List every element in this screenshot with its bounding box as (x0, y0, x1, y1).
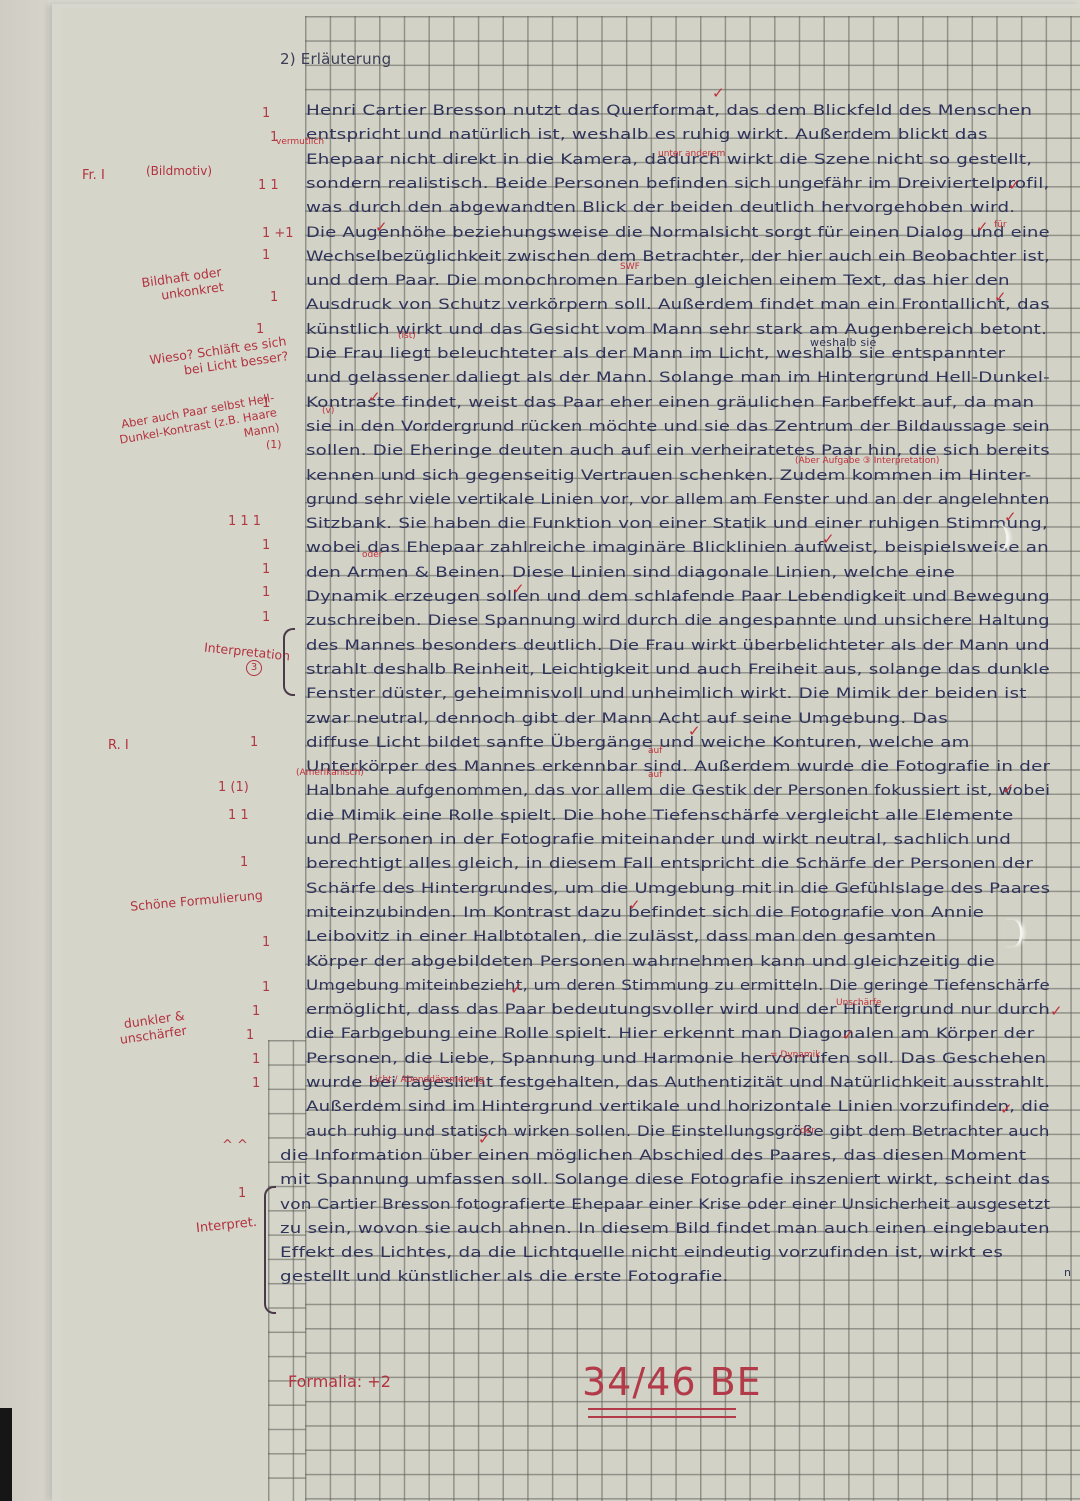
check-mark: ✓ (1004, 508, 1017, 526)
total-score: 34/46 BE (582, 1360, 762, 1404)
point-mark: 1 (250, 735, 258, 750)
essay-line: des Mannes besonders deutlich. Die Frau … (306, 635, 1050, 657)
essay-line: Sitzbank. Sie haben die Funktion von ein… (306, 513, 1048, 535)
essay-line: Schärfe des Hintergrundes, um die Umgebu… (306, 878, 1050, 900)
point-mark: 1 (240, 855, 248, 870)
essay-line: mit Spannung umfassen soll. Solange dies… (280, 1169, 1050, 1191)
essay-line: und dem Paar. Die monochromen Farben gle… (306, 270, 1010, 292)
point-mark: 1 (262, 396, 270, 411)
essay-line: die Mimik eine Rolle spielt. Die hohe Ti… (306, 805, 1013, 827)
desk-background (0, 0, 48, 1501)
essay-line: Ausdruck von Schutz verkörpern soll. Auß… (306, 294, 1050, 316)
essay-line: und Personen in der Fotografie miteinand… (306, 829, 1011, 851)
inline-note-unschaerfe: Unschärfe (836, 998, 882, 1008)
check-mark: ✓ (842, 1026, 855, 1044)
inline-note-unter-anderem: unter anderem (658, 149, 725, 159)
essay-line: grund sehr viele vertikale Linien vor, v… (306, 489, 1050, 511)
point-mark: 1 1 1 (228, 514, 261, 529)
essay-line: die Information über einen möglichen Abs… (280, 1145, 1026, 1167)
point-mark: ^ ^ (222, 1138, 248, 1153)
point-mark: 1 (262, 980, 270, 995)
essay-line: gestellt und künstlicher als die erste F… (280, 1266, 729, 1288)
essay-line: Die Frau liegt beleuchteter als der Mann… (306, 343, 1005, 365)
inline-note-swf: SWF (620, 262, 640, 272)
punch-hole-reflection (990, 525, 1009, 551)
essay-line: miteinzubinden. Im Kontrast dazu befinde… (306, 902, 984, 924)
essay-line: Kontraste findet, weist das Paar eher ei… (306, 392, 1034, 414)
essay-line: Personen, die Liebe, Spannung und Harmon… (306, 1048, 1046, 1070)
inline-note-amerikanisch: (Amerikanisch) (296, 768, 364, 778)
essay-line: Henri Cartier Bresson nutzt das Querform… (306, 100, 1032, 122)
check-mark: ✓ (976, 218, 989, 236)
inline-note-vermutlich: vermutlich (276, 137, 324, 147)
desk-shadow (0, 1408, 12, 1501)
essay-line: und gelassener daliegt als der Mann. Sol… (306, 367, 1050, 389)
point-mark: 1 1 (258, 178, 279, 193)
point-mark: 1 (270, 290, 278, 305)
inline-note-der: der (800, 1126, 815, 1136)
essay-line: Dynamik erzeugen sollen und dem schlafen… (306, 586, 1050, 608)
essay-line: künstlich wirkt und das Gesicht vom Mann… (306, 319, 1047, 341)
essay-line: Unterkörper des Mannes erkennbar sind. A… (306, 756, 1050, 778)
check-mark: ✓ (375, 218, 388, 236)
essay-line: entspricht und natürlich ist, weshalb es… (306, 124, 988, 146)
point-mark: 1 (262, 248, 270, 263)
essay-line: auch ruhig und statisch wirken sollen. D… (306, 1121, 1050, 1143)
essay-line: Halbnahe aufgenommen, das vor allem die … (306, 780, 1050, 802)
point-mark: 1 (252, 1052, 260, 1067)
check-mark: ✓ (822, 530, 835, 548)
point-mark: 1 (1) (218, 780, 249, 795)
margin-comment-bildmotiv: (Bildmotiv) (146, 164, 212, 179)
margin-comment-r1: R. I (108, 738, 129, 753)
essay-line: kennen und sich gegenseitig Vertrauen sc… (306, 465, 1031, 487)
essay-line: die Farbgebung eine Rolle spielt. Hier e… (306, 1023, 1034, 1045)
inline-note-v: (v) (322, 406, 334, 416)
essay-line: diffuse Licht bildet sanfte Übergänge un… (306, 732, 970, 754)
essay-line: Umgebung miteinbezieht, um deren Stimmun… (306, 975, 1050, 997)
inline-note-aufgabe: (Aber Aufgabe ③ Interpretation) (795, 456, 939, 466)
check-mark: ✓ (628, 896, 641, 914)
punch-hole-reflection (1004, 920, 1023, 946)
essay-line: zuschreiben. Diese Spannung wird durch d… (306, 610, 1050, 632)
inline-note-auf-2: auf (648, 770, 662, 780)
inline-note-oder: oder (362, 550, 382, 560)
essay-line: Die Augenhöhe beziehungsweise die Normal… (306, 222, 1050, 244)
essay-line: Leibovitz in einer Halbtotalen, die zulä… (306, 926, 936, 948)
check-mark: ✓ (1008, 176, 1021, 194)
point-mark: 1 (262, 538, 270, 553)
essay-line: Wechselbezüglichkeit zwischen dem Betrac… (306, 246, 1050, 268)
check-mark: ✓ (368, 388, 381, 406)
check-mark: ✓ (512, 580, 525, 598)
inline-insert-n: n (1064, 1266, 1071, 1279)
essay-line: ermöglicht, dass das Paar bedeutungsvoll… (306, 999, 1050, 1021)
point-mark: 1 (262, 935, 270, 950)
check-mark: ✓ (712, 84, 725, 102)
point-mark: 1 (238, 1186, 246, 1201)
inline-note-licht: Licht / Abenddämmerung (370, 1075, 484, 1085)
check-mark: ✓ (510, 980, 523, 998)
essay-line: sie in den Vordergrund rücken möchte und… (306, 416, 1050, 438)
point-mark: 1 (262, 610, 270, 625)
interpret-brace (264, 1186, 276, 1314)
essay-line: was durch den abgewandten Blick der beid… (306, 197, 1015, 219)
point-mark: 1 (246, 1028, 254, 1043)
essay-line: wobei das Ehepaar zahlreiche imaginäre B… (306, 537, 1049, 559)
inline-note-ist: (ist) (398, 331, 416, 341)
check-mark: ✓ (1002, 780, 1015, 798)
essay-line: zu sein, wovon sie auch ahnen. In diesem… (280, 1218, 1050, 1240)
point-mark: 1 (262, 562, 270, 577)
point-mark: 1 (252, 1004, 260, 1019)
score-underline (588, 1408, 736, 1418)
essay-line: den Armen & Beinen. Diese Linien sind di… (306, 562, 955, 584)
margin-comment-fr1: Fr. I (82, 168, 105, 183)
check-mark: ✓ (1050, 1002, 1063, 1020)
essay-line: strahlt deshalb Reinheit, Leichtigkeit u… (306, 659, 1050, 681)
interpretation-points-badge: 3 (246, 660, 262, 676)
margin-points-aber-auch: (1) (266, 438, 282, 451)
check-mark: ✓ (478, 1130, 491, 1148)
point-mark: 1 1 (228, 808, 249, 823)
point-mark: 1 (252, 1076, 260, 1091)
essay-line: Körper der abgebildeten Personen wahrneh… (306, 951, 995, 973)
point-mark: 1 +1 (262, 226, 294, 241)
interpretation-brace (283, 628, 295, 696)
essay-line: von Cartier Bresson fotografierte Ehepaa… (280, 1194, 1050, 1216)
essay-line: Fenster düster, geheimnisvoll und unheim… (306, 683, 1027, 705)
check-mark: ✓ (688, 722, 701, 740)
point-mark: 1 (256, 322, 264, 337)
inline-note-auf-1: auf (648, 746, 662, 756)
check-mark: ✓ (994, 288, 1007, 306)
essay-line: zwar neutral, dennoch gibt der Mann Acht… (306, 708, 948, 730)
essay-line: sondern realistisch. Beide Personen befi… (306, 173, 1050, 195)
check-mark: ✓ (1000, 1100, 1013, 1118)
inline-note-dynamik: = Dynamik (770, 1050, 820, 1060)
inline-insert-weshalb-sie: weshalb sie (810, 336, 877, 349)
essay-line: Außerdem sind im Hintergrund vertikale u… (306, 1096, 1050, 1118)
essay-line: berechtigt alles gleich, in diesem Fall … (306, 853, 1033, 875)
point-mark: 1 (262, 585, 270, 600)
inline-note-fuer: für (994, 220, 1007, 230)
point-mark: 1 (262, 106, 270, 121)
formalia-points: Formalia: +2 (288, 1372, 391, 1391)
section-heading: 2) Erläuterung (280, 50, 391, 68)
essay-line: Effekt des Lichtes, da die Lichtquelle n… (280, 1242, 1003, 1264)
